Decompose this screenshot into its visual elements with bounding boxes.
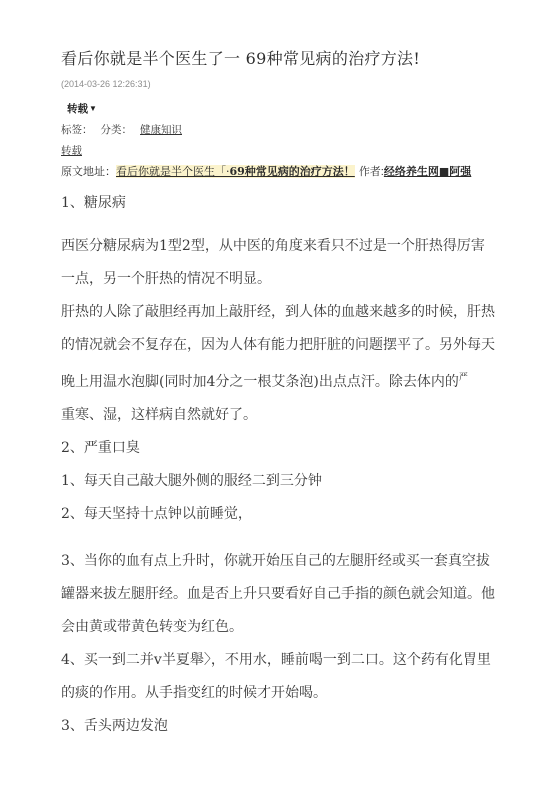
article-line: 2、每天坚持十点钟以前睡觉， xyxy=(61,498,481,531)
blog-post-page: 看后你就是半个医生了一 69种常见病的治疗方法! (2014-03-26 12:… xyxy=(0,0,541,743)
article-body: 1、糖尿病 西医分糖尿病为1型2型，从中医的角度来看只不过是一个肝热得厉害 一点… xyxy=(61,187,481,743)
source-label: 原文地址： xyxy=(61,166,116,178)
category-link[interactable]: 健康知识 xyxy=(140,124,182,136)
superscript-char: 严 xyxy=(459,373,468,383)
article-line: 肝热的人除了敲胆经再加上敲肝经，到人体的血越来越多的时候，肝热 xyxy=(61,296,481,329)
source-link-part1: 看后你就是半个医生「· xyxy=(116,165,230,178)
article-line-text: 晚上用温水泡脚(同时加4分之一根艾条泡)出点点汗。除去体内的 xyxy=(61,374,459,390)
repost-button[interactable]: 转载▼ xyxy=(67,101,97,116)
article-line: 一点，另一个肝热的情况不明显。 xyxy=(61,263,481,296)
source-row: 原文地址：看后你就是半个医生「·69种常见病的治疗方法！作者:经络养生网■阿强 xyxy=(61,163,481,179)
article-line: 的痰的作用。从手指变红的时候才开始喝。 xyxy=(61,677,481,710)
author-label: 作者: xyxy=(359,166,384,178)
article-line: 的情况就会不复存在，因为人体有能力把肝脏的问题摆平了。另外每天 xyxy=(61,329,481,362)
article-line: 会由黄或带黄色转变为红色。 xyxy=(61,611,481,644)
repost-link[interactable]: 转载 xyxy=(61,145,82,157)
article-heading-2: 2、严重口臭 xyxy=(61,432,481,465)
article-heading-1: 1、糖尿病 xyxy=(61,187,481,220)
article-line: 重寒、湿，这样病自然就好了。 xyxy=(61,399,481,432)
tags-row: 标签：分类：健康知识 xyxy=(61,122,481,137)
author-link[interactable]: 经络养生网■阿强 xyxy=(384,165,471,178)
tags-label: 标签： xyxy=(61,124,93,136)
source-link-part2: 69种常见病的治疗方法！ xyxy=(230,165,355,178)
triangle-down-icon: ▼ xyxy=(89,104,97,113)
article-heading-3: 3、舌头两边发泡 xyxy=(61,710,481,743)
article-line: 3、当你的血有点上升时，你就开始压自己的左腿肝经或买一套真空拔 xyxy=(61,545,481,578)
article-line: 罐器来拔左腿肝经。血是否上升只要看好自己手指的颜色就会知道。他 xyxy=(61,578,481,611)
post-timestamp: (2014-03-26 12:26:31) xyxy=(61,79,481,89)
repost-button-row: 转载▼ xyxy=(61,97,481,116)
article-line: 晚上用温水泡脚(同时加4分之一根艾条泡)出点点汗。除去体内的严 xyxy=(61,362,481,399)
source-article-link[interactable]: 看后你就是半个医生「·69种常见病的治疗方法！ xyxy=(116,165,355,178)
article-line: 西医分糖尿病为1型2型，从中医的角度来看只不过是一个肝热得厉害 xyxy=(61,230,481,263)
article-line: 1、每天自己敲大腿外侧的服经二到三分钟 xyxy=(61,465,481,498)
repost-link-row: 转载 xyxy=(61,143,481,158)
page-title: 看后你就是半个医生了一 69种常见病的治疗方法! xyxy=(61,48,481,70)
category-label: 分类： xyxy=(101,124,133,136)
article-line: 4、买一到二并v半夏舉〉，不用水，睡前喝一到二口。这个药有化胃里 xyxy=(61,644,481,677)
repost-button-label: 转载 xyxy=(67,103,88,115)
